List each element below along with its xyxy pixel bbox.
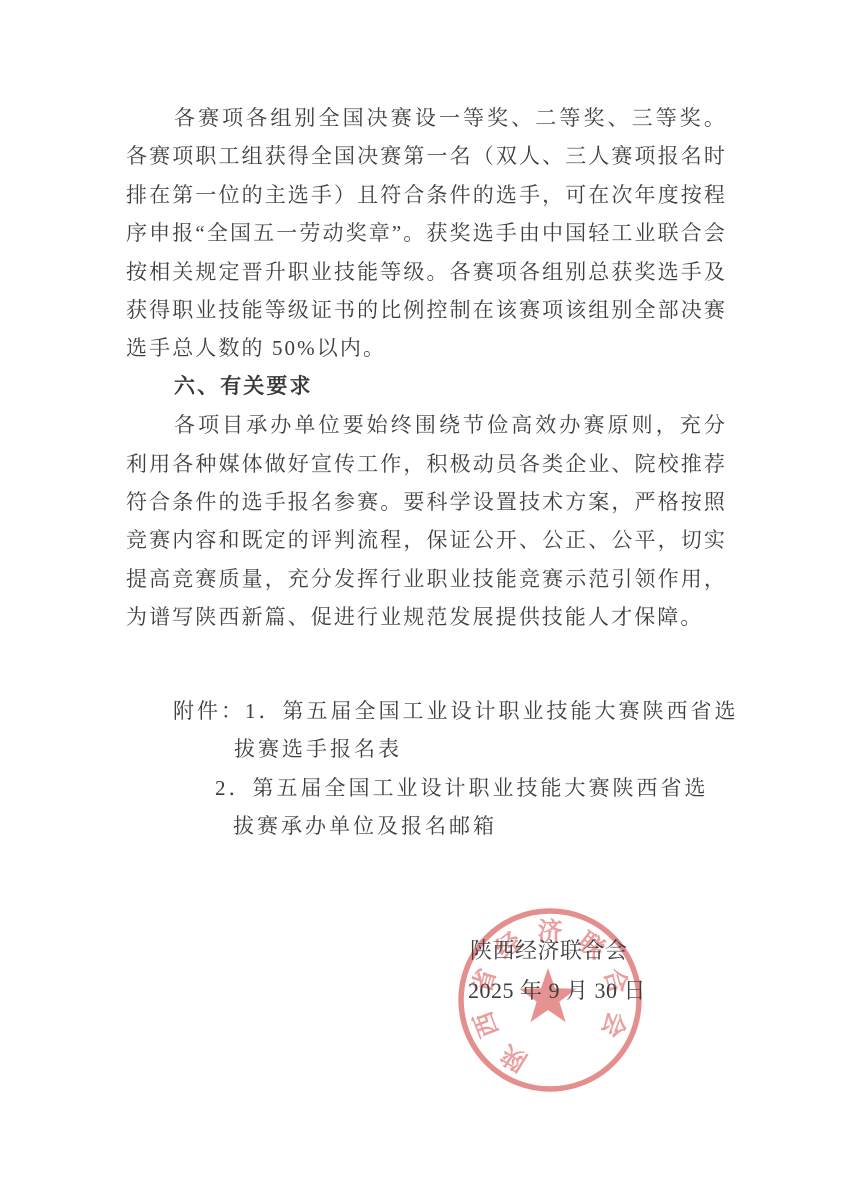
paragraph-awards: 各赛项各组别全国决赛设一等奖、二等奖、三等奖。各赛项职工组获得全国决赛第一名（双…	[126, 99, 727, 368]
attachment-2-number: 2．	[215, 776, 253, 800]
seal-text-char: 会	[596, 1008, 632, 1042]
document-body: 各赛项各组别全国决赛设一等奖、二等奖、三等奖。各赛项职工组获得全国决赛第一名（双…	[126, 99, 727, 845]
attachment-1-text: 第五届全国工业设计职业技能大赛陕西省选	[283, 699, 739, 723]
attachment-1-line-2: 拔赛选手报名表	[126, 730, 727, 768]
attachment-2-line-1: 2．第五届全国工业设计职业技能大赛陕西省选	[126, 769, 727, 807]
attachment-1-line-1: 附件：1．第五届全国工业设计职业技能大赛陕西省选	[126, 692, 727, 730]
seal-text-char: 西	[469, 1008, 504, 1041]
attachment-2-text: 第五届全国工业设计职业技能大赛陕西省选	[253, 776, 709, 800]
attachments-label: 附件：	[173, 699, 245, 723]
attachment-1-number: 1．	[245, 699, 283, 723]
signature-organization: 陕西经济联合会	[470, 936, 646, 966]
signature-date: 2025 年 9 月 30 日	[468, 976, 646, 1006]
attachment-2-line-2: 拔赛承办单位及报名邮箱	[126, 807, 727, 845]
paragraph-requirements: 各项目承办单位要始终围绕节俭高效办赛原则，充分利用各种媒体做好宣传工作，积极动员…	[126, 406, 727, 636]
signature-block: 陕西经济联合会 2025 年 9 月 30 日	[468, 936, 646, 1006]
attachments-block: 附件：1．第五届全国工业设计职业技能大赛陕西省选 拔赛选手报名表 2．第五届全国…	[126, 692, 727, 846]
document-page: 各赛项各组别全国决赛设一等奖、二等奖、三等奖。各赛项职工组获得全国决赛第一名（双…	[0, 0, 848, 1199]
section-heading: 六、有关要求	[126, 368, 727, 406]
